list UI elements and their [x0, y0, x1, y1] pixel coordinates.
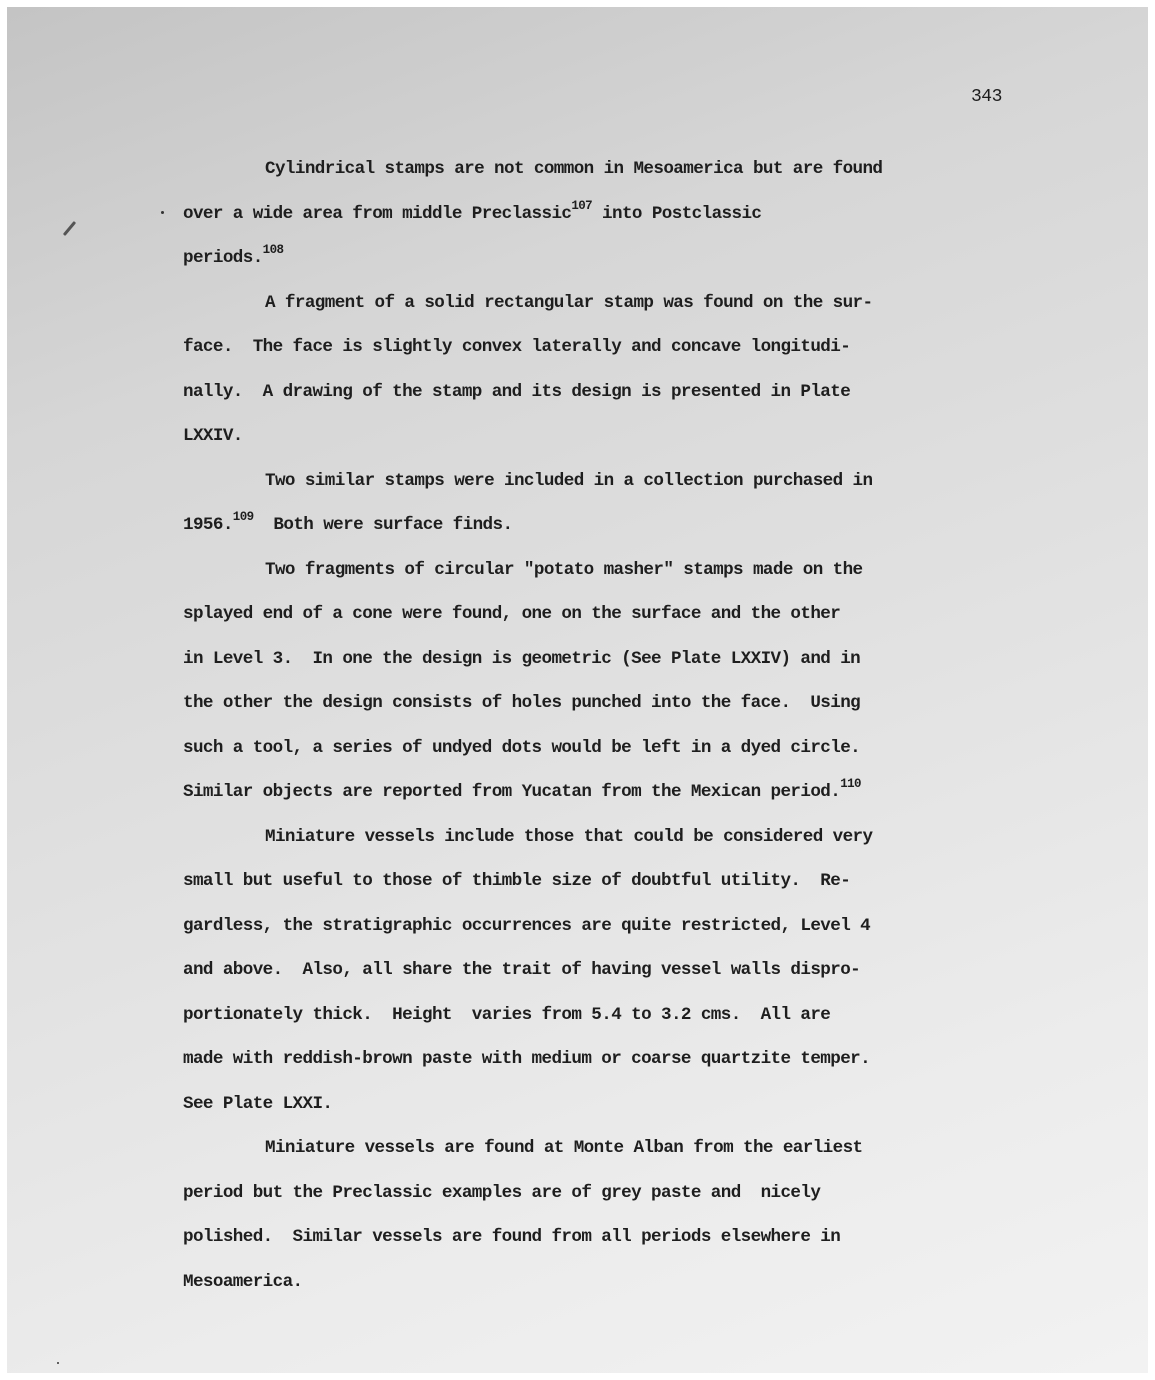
text-line: over a wide area from middle Preclassic1…	[183, 192, 983, 237]
text-line: Miniature vessels are found at Monte Alb…	[183, 1126, 983, 1171]
text-line: small but useful to those of thimble siz…	[183, 859, 983, 904]
scanned-page: 343 Cylindrical stamps are not common in…	[7, 7, 1148, 1373]
text-run: Both were surface finds.	[254, 515, 513, 535]
text-run: periods.	[183, 248, 263, 268]
text-line: A fragment of a solid rectangular stamp …	[183, 281, 983, 326]
paragraph: Two similar stamps were included in a co…	[183, 459, 983, 548]
text-line: splayed end of a cone were found, one on…	[183, 592, 983, 637]
footnote-ref: 107	[571, 199, 592, 213]
text-run: 1956.	[183, 515, 233, 535]
body-text: Cylindrical stamps are not common in Mes…	[183, 147, 983, 1304]
text-line: Miniature vessels include those that cou…	[183, 815, 983, 860]
text-line: the other the design consists of holes p…	[183, 681, 983, 726]
text-line: periods.108	[183, 236, 983, 281]
text-line: 1956.109 Both were surface finds.	[183, 503, 983, 548]
text-line: LXXIV.	[183, 414, 983, 459]
paragraph: Miniature vessels are found at Monte Alb…	[183, 1126, 983, 1304]
text-line: such a tool, a series of undyed dots wou…	[183, 726, 983, 771]
text-line: portionately thick. Height varies from 5…	[183, 993, 983, 1038]
text-line: made with reddish-brown paste with mediu…	[183, 1037, 983, 1082]
footnote-ref: 109	[233, 510, 254, 524]
text-line: Cylindrical stamps are not common in Mes…	[183, 147, 983, 192]
text-line: period but the Preclassic examples are o…	[183, 1171, 983, 1216]
scan-mark	[63, 221, 76, 236]
text-line: face. The face is slightly convex latera…	[183, 325, 983, 370]
scan-speck	[57, 1362, 59, 1364]
text-line: Mesoamerica.	[183, 1260, 983, 1305]
text-line: gardless, the stratigraphic occurrences …	[183, 904, 983, 949]
text-line: nally. A drawing of the stamp and its de…	[183, 370, 983, 415]
text-line: polished. Similar vessels are found from…	[183, 1215, 983, 1260]
text-line: in Level 3. In one the design is geometr…	[183, 637, 983, 682]
text-line: See Plate LXXI.	[183, 1082, 983, 1127]
scan-speck	[161, 211, 164, 214]
footnote-ref: 110	[840, 777, 861, 791]
text-run: Similar objects are reported from Yucata…	[183, 782, 840, 802]
text-line: Two similar stamps were included in a co…	[183, 459, 983, 504]
text-line: Similar objects are reported from Yucata…	[183, 770, 983, 815]
paragraph: A fragment of a solid rectangular stamp …	[183, 281, 983, 459]
footnote-ref: 108	[263, 243, 284, 257]
text-line: Two fragments of circular "potato masher…	[183, 548, 983, 593]
paragraph: Miniature vessels include those that cou…	[183, 815, 983, 1127]
paragraph: Two fragments of circular "potato masher…	[183, 548, 983, 815]
paragraph: Cylindrical stamps are not common in Mes…	[183, 147, 983, 281]
text-line: and above. Also, all share the trait of …	[183, 948, 983, 993]
text-run: over a wide area from middle Preclassic	[183, 204, 571, 224]
page-number: 343	[971, 87, 1002, 107]
text-run: into Postclassic	[592, 204, 761, 224]
